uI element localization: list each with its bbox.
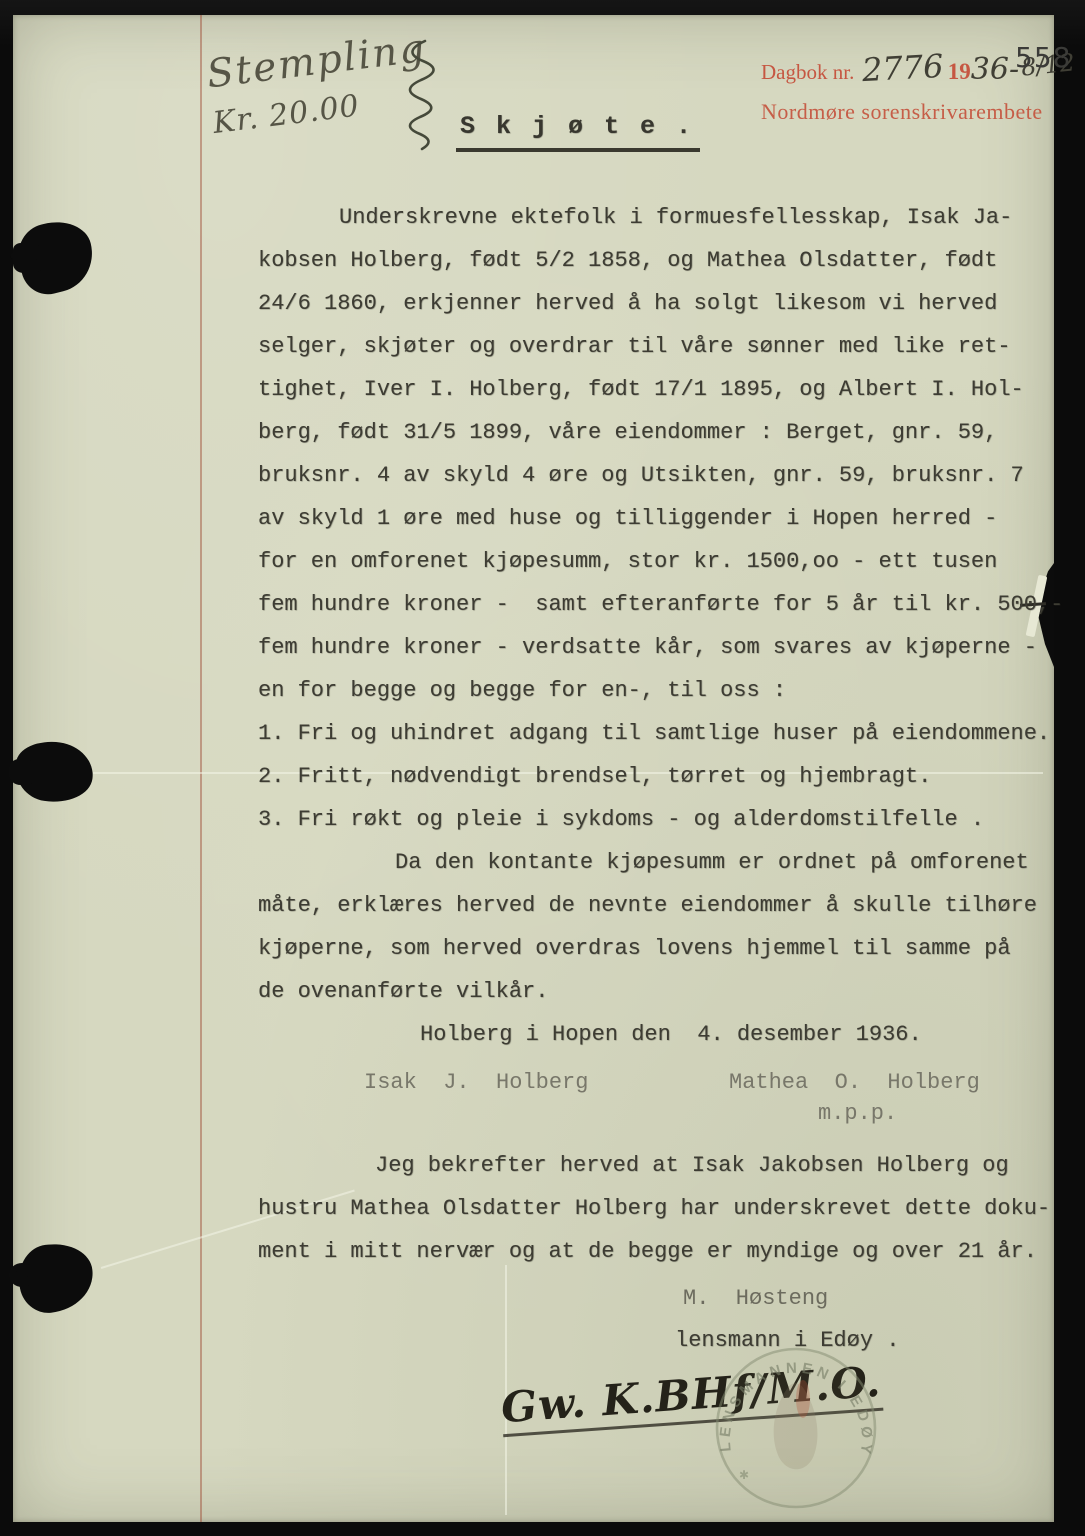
body-line: kobsen Holberg, født 5/2 1858, og Mathea… xyxy=(258,239,1085,282)
tear-slit xyxy=(11,767,31,773)
flourish-mark xyxy=(391,37,445,155)
body-line: 24/6 1860, erkjenner herved å ha solgt l… xyxy=(258,282,1085,325)
list-item: 2. Fritt, nødvendigt brendsel, tørret og… xyxy=(258,755,1085,798)
body-line: av skyld 1 øre med huse og tilliggender … xyxy=(258,497,1085,540)
body-line: fem hundre kroner - verdsatte kår, som s… xyxy=(258,626,1085,669)
document-title: S k j ø t e . xyxy=(456,112,700,152)
stamp-star: ✱ xyxy=(739,1468,749,1482)
list-item: 1. Fri og uhindret adgang til samtlige h… xyxy=(258,712,1085,755)
body-line: en for begge og begge for en-, til oss : xyxy=(258,669,1085,712)
body-line: de ovenanførte vilkår. xyxy=(258,970,1085,1013)
body-line: berg, født 31/5 1899, våre eiendommer : … xyxy=(258,411,1085,454)
red-margin-line xyxy=(200,15,202,1522)
dagbok-label: Dagbok nr. xyxy=(761,60,854,85)
body-line: tighet, Iver I. Holberg, født 17/1 1895,… xyxy=(258,368,1085,411)
lensmann-round-stamp: LENSMANNEN I EDØY ✱ xyxy=(705,1337,887,1519)
body-line: måte, erklæres herved de nevnte eiendomm… xyxy=(258,884,1085,927)
body-line: fem hundre kroner - samt efteranførte fo… xyxy=(258,583,1085,626)
document-body: Underskrevne ektefolk i formuesfellesska… xyxy=(258,196,1085,1362)
list-item: 3. Fri røkt og pleie i sykdoms - og alde… xyxy=(258,798,1085,841)
stamp-red-smudge xyxy=(796,1380,810,1418)
body-line: selger, skjøter og overdrar til våre søn… xyxy=(258,325,1085,368)
attestation-line: hustru Mathea Olsdatter Holberg har unde… xyxy=(258,1187,1085,1230)
year-printed: 19 xyxy=(948,59,971,85)
page-number: 558 xyxy=(1015,41,1071,74)
body-line: for en omforenet kjøpesumm, stor kr. 150… xyxy=(258,540,1085,583)
dateline: Holberg i Hopen den 4. desember 1936. xyxy=(258,1013,1085,1056)
document-page: Stempling Kr. 20.00 Dagbok nr. 2776 19 3… xyxy=(13,15,1054,1522)
signature-mathea: Mathea O. Holberg xyxy=(729,1061,980,1104)
attestation-line: ment i mitt nervær og at de begge er myn… xyxy=(258,1230,1085,1273)
scan-background: Stempling Kr. 20.00 Dagbok nr. 2776 19 3… xyxy=(0,0,1085,1536)
attest-title: lensmann i Edøy . xyxy=(258,1319,1085,1362)
body-line: kjøperne, som herved overdras lovens hje… xyxy=(258,927,1085,970)
body-line: Da den kontante kjøpesumm er ordnet på o… xyxy=(258,841,1085,884)
attestation-line: Jeg bekrefter herved at Isak Jakobsen Ho… xyxy=(258,1144,1085,1187)
year-written: 36- xyxy=(971,52,1019,87)
dagbok-number: 2776 xyxy=(861,47,944,89)
body-line: Underskrevne ektefolk i formuesfellesska… xyxy=(258,196,1085,239)
office-name: Nordmøre sorenskrivarembete xyxy=(761,99,1075,125)
signature-isak: Isak J. Holberg xyxy=(364,1061,588,1104)
attest-name: M. Høsteng xyxy=(258,1279,1085,1319)
mpp-note: m.p.p. xyxy=(258,1100,1085,1136)
signature-row: Isak J. Holberg Mathea O. Holberg xyxy=(258,1061,1085,1104)
body-line: bruksnr. 4 av skyld 4 øre og Utsikten, g… xyxy=(258,454,1085,497)
